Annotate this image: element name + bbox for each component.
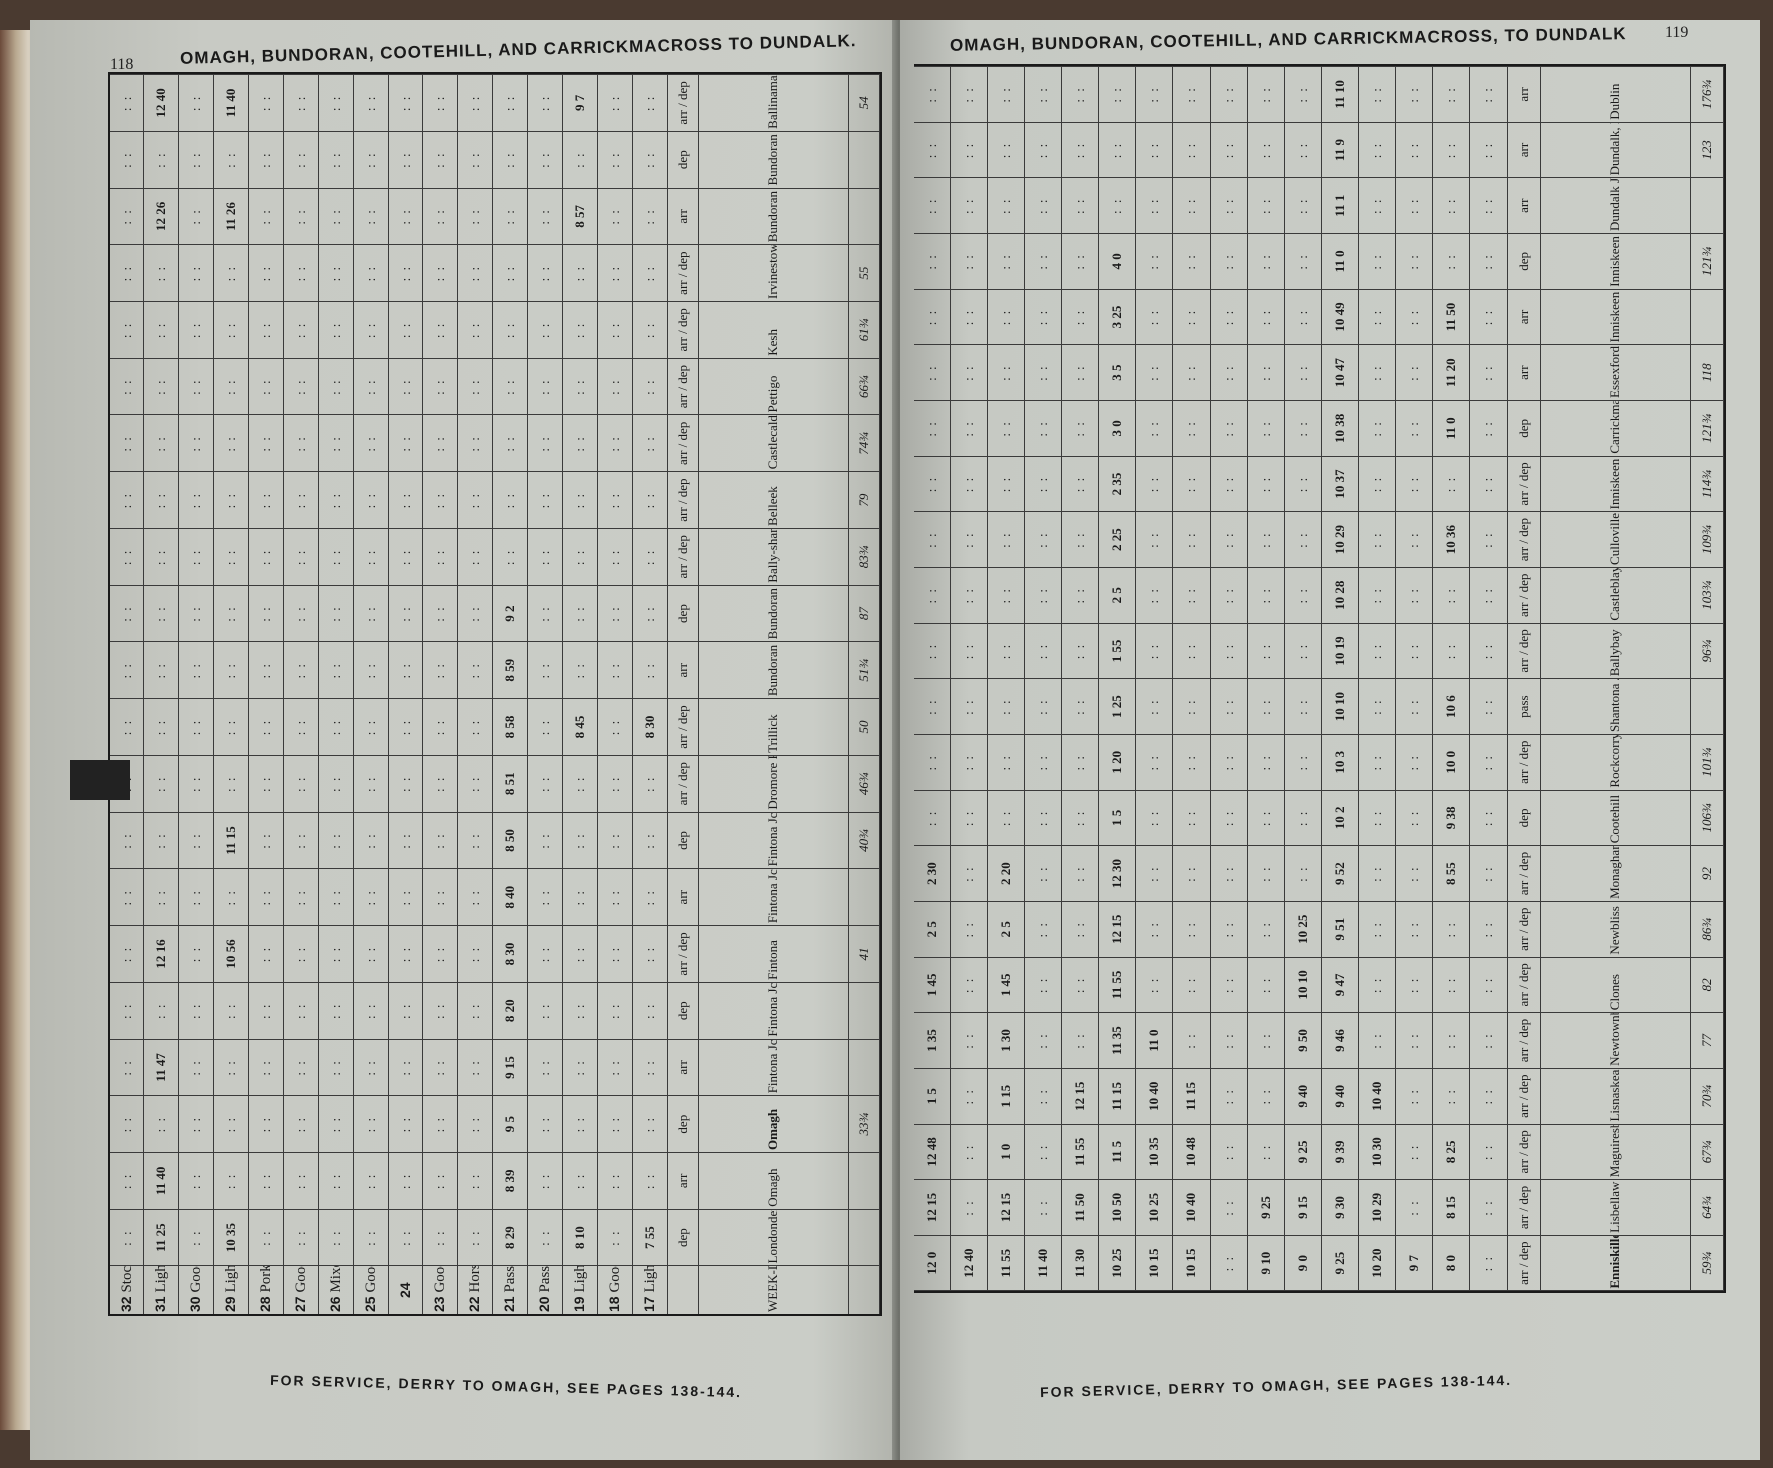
time-cell: : : — [950, 623, 987, 679]
time-cell: : : — [528, 982, 563, 1039]
time-cell: : : — [1247, 178, 1284, 234]
time-cell: : : — [179, 1153, 214, 1210]
time-cell: : : — [249, 528, 284, 585]
time-cell: : : — [249, 1039, 284, 1096]
time-cell: : : — [283, 926, 318, 983]
time-cell: : : — [1024, 1180, 1061, 1236]
time-cell: : : — [214, 699, 249, 756]
time-cell: : : — [1210, 456, 1247, 512]
train-row: 32 Stock: :: :: :: :: :: :: :: :: :: :: … — [110, 75, 144, 1315]
train-header: 21 Passr. — [493, 1266, 528, 1314]
time-cell: : : — [458, 358, 493, 415]
time-cell: : : — [144, 302, 179, 359]
time-cell: : : — [1062, 734, 1099, 790]
time-cell: : : — [1470, 122, 1507, 178]
time-cell: 10 25 — [1284, 901, 1321, 957]
time-cell: : : — [283, 472, 318, 529]
time-cell: : : — [1173, 790, 1210, 846]
time-cell: : : — [950, 1180, 987, 1236]
time-cell: : : — [1433, 456, 1470, 512]
station-row: EnniskillenLisbellawMaguiresbridgeLisnas… — [1540, 67, 1690, 1292]
time-cell: : : — [423, 812, 458, 869]
station-name: Fintona Jct. — [698, 812, 848, 869]
time-cell: : : — [249, 415, 284, 472]
time-cell: : : — [493, 75, 528, 132]
time-cell: : : — [388, 131, 423, 188]
distance-row: 33¾4140¾46¾5051¾8783¾7974¾66¾61¾5554 — [848, 75, 879, 1315]
station-name: Ballybay — [1540, 623, 1690, 679]
time-cell: : : — [458, 755, 493, 812]
time-cell: : : — [388, 1096, 423, 1153]
station-name: Bundoran — [698, 585, 848, 642]
distance-row-cell: 54 — [848, 75, 879, 132]
time-cell: : : — [458, 642, 493, 699]
time-cell: : : — [1359, 456, 1396, 512]
time-cell: : : — [318, 1096, 353, 1153]
time-cell: : : — [214, 528, 249, 585]
arr-dep-row-cell: dep — [667, 131, 698, 188]
time-cell: : : — [632, 926, 667, 983]
time-cell: 10 29 — [1321, 512, 1358, 568]
arr-dep-row-cell: arr / dep — [667, 528, 698, 585]
time-cell: : : — [528, 812, 563, 869]
time-cell: : : — [1396, 512, 1433, 568]
time-cell: : : — [632, 982, 667, 1039]
time-cell: : : — [1284, 289, 1321, 345]
arr-dep-row-cell: arr / dep — [1507, 1124, 1540, 1180]
time-cell: : : — [144, 1096, 179, 1153]
time-cell: : : — [528, 642, 563, 699]
time-cell: : : — [562, 812, 597, 869]
distance-row-cell: 109¾ — [1690, 512, 1723, 568]
time-cell: : : — [388, 699, 423, 756]
station-name: Londonderry — [698, 1209, 848, 1266]
station-name: Dublin — [1540, 67, 1690, 123]
distance-row-cell — [1690, 679, 1723, 735]
station-name: Castleblayney — [1540, 567, 1690, 623]
train-type: Light Engn. — [642, 1266, 658, 1293]
time-cell: : : — [214, 755, 249, 812]
train-type: Pork. — [258, 1266, 274, 1293]
time-cell: : : — [1024, 401, 1061, 457]
time-cell: : : — [179, 1096, 214, 1153]
time-cell: 8 57 — [562, 188, 597, 245]
time-cell: : : — [493, 358, 528, 415]
time-cell: : : — [1396, 234, 1433, 290]
time-cell: : : — [458, 1096, 493, 1153]
time-cell: : : — [388, 528, 423, 585]
time-cell: : : — [562, 131, 597, 188]
time-cell: 2 25 — [1099, 512, 1136, 568]
time-cell: : : — [632, 812, 667, 869]
station-name: Culloville — [1540, 512, 1690, 568]
time-cell: 9 5 — [493, 1096, 528, 1153]
time-cell: : : — [1433, 901, 1470, 957]
time-cell: : : — [1024, 790, 1061, 846]
time-cell: : : — [458, 1039, 493, 1096]
train-number: 21 — [501, 1293, 517, 1312]
time-cell: 2 20 — [987, 846, 1024, 902]
arr-dep-row-cell: arr / dep — [1507, 846, 1540, 902]
time-cell: : : — [388, 755, 423, 812]
time-cell: : : — [1136, 623, 1173, 679]
time-cell: : : — [144, 869, 179, 926]
time-cell: : : — [632, 1153, 667, 1210]
time-cell: : : — [1247, 512, 1284, 568]
time-cell: : : — [1210, 679, 1247, 735]
time-cell: : : — [1136, 734, 1173, 790]
train-number: 31 — [152, 1293, 168, 1312]
time-cell: : : — [1136, 178, 1173, 234]
time-cell: : : — [950, 178, 987, 234]
time-cell: 10 28 — [1321, 567, 1358, 623]
time-cell: : : — [1470, 1013, 1507, 1069]
arr-dep-row-cell: arr / dep — [1507, 456, 1540, 512]
time-cell: : : — [632, 415, 667, 472]
arr-dep-row-cell: dep — [667, 585, 698, 642]
time-cell: : : — [1173, 289, 1210, 345]
station-name: Fintona Jct. — [698, 869, 848, 926]
time-cell: : : — [458, 812, 493, 869]
time-cell: : : — [423, 755, 458, 812]
arr-dep-row-cell: arr — [1507, 178, 1540, 234]
arr-dep-row-cell: arr — [667, 869, 698, 926]
time-cell: : : — [1359, 901, 1396, 957]
station-name: Dromore Road — [698, 755, 848, 812]
time-cell: : : — [987, 122, 1024, 178]
time-cell: : : — [318, 302, 353, 359]
time-cell: : : — [353, 302, 388, 359]
time-cell: : : — [353, 1153, 388, 1210]
train-number: 17 — [641, 1293, 657, 1312]
distance-row-cell: 121¾ — [1690, 401, 1723, 457]
time-cell: 12 40 — [950, 1235, 987, 1291]
time-cell: 8 51 — [493, 755, 528, 812]
time-cell: 10 29 — [1359, 1180, 1396, 1236]
time-cell: : : — [1024, 567, 1061, 623]
time-cell: : : — [179, 358, 214, 415]
time-cell: 8 30 — [632, 699, 667, 756]
time-cell: : : — [1210, 901, 1247, 957]
distance-row-cell: 66¾ — [848, 358, 879, 415]
time-cell: 9 30 — [1321, 1180, 1358, 1236]
time-cell: : : — [283, 358, 318, 415]
time-cell: : : — [283, 528, 318, 585]
time-cell: : : — [1173, 901, 1210, 957]
time-cell: 8 15 — [1433, 1180, 1470, 1236]
time-cell: : : — [1396, 1068, 1433, 1124]
distance-row-cell: 50 — [848, 699, 879, 756]
time-cell: : : — [1247, 1068, 1284, 1124]
time-cell: 11 15 — [1173, 1068, 1210, 1124]
time-cell: : : — [528, 699, 563, 756]
time-cell: : : — [914, 567, 950, 623]
time-cell: : : — [914, 790, 950, 846]
time-cell: : : — [597, 188, 632, 245]
station-name: Bundoran Jc — [698, 642, 848, 699]
time-cell: : : — [318, 982, 353, 1039]
time-cell: : : — [388, 302, 423, 359]
time-cell: 10 15 — [1136, 1235, 1173, 1291]
time-cell: : : — [110, 1039, 144, 1096]
time-cell: : : — [1470, 512, 1507, 568]
time-cell: : : — [423, 642, 458, 699]
train-row: 23 Goods9 109 25: :: :: :: :: :: :: :: :… — [1247, 67, 1284, 1292]
time-cell: : : — [458, 699, 493, 756]
time-cell: 10 3 — [1321, 734, 1358, 790]
time-cell: 2 5 — [987, 901, 1024, 957]
time-cell: : : — [1359, 846, 1396, 902]
arr-dep-row: deparrdeparrdeparr / deparrdeparr / depa… — [667, 75, 698, 1315]
time-cell: : : — [597, 812, 632, 869]
train-header: 20 Passr. — [528, 1266, 563, 1314]
time-cell: : : — [1470, 67, 1507, 123]
time-cell: 9 15 — [1284, 1180, 1321, 1236]
distance-row-cell: 121¾ — [1690, 234, 1723, 290]
time-cell: : : — [1247, 567, 1284, 623]
time-cell: : : — [493, 131, 528, 188]
time-cell: : : — [144, 642, 179, 699]
train-type: Goods — [607, 1266, 623, 1293]
time-cell: : : — [318, 415, 353, 472]
time-cell: : : — [353, 358, 388, 415]
time-cell: : : — [144, 131, 179, 188]
time-cell: : : — [1470, 679, 1507, 735]
distance-row-cell: 82 — [1690, 957, 1723, 1013]
time-cell: : : — [1470, 957, 1507, 1013]
arr-dep-row-cell: arr — [1507, 67, 1540, 123]
arr-dep-row-cell: arr — [1507, 122, 1540, 178]
time-cell: : : — [283, 812, 318, 869]
arr-dep-row-cell: arr / dep — [667, 245, 698, 302]
time-cell: 11 50 — [1433, 289, 1470, 345]
time-cell: : : — [1173, 234, 1210, 290]
time-cell: 11 55 — [987, 1235, 1024, 1291]
time-cell: : : — [1024, 1124, 1061, 1180]
running-head: OMAGH, BUNDORAN, COOTEHILL, AND CARRICKM… — [180, 31, 857, 69]
time-cell: : : — [110, 642, 144, 699]
time-cell: : : — [987, 289, 1024, 345]
train-row: 28 Pork.: :: :: :: :: :: :: :: :: :: :: … — [249, 75, 284, 1315]
time-cell: : : — [1284, 512, 1321, 568]
time-cell: : : — [1359, 957, 1396, 1013]
time-cell: : : — [249, 1153, 284, 1210]
time-cell: : : — [423, 302, 458, 359]
arr-dep-row-cell: arr / dep — [1507, 734, 1540, 790]
time-cell: : : — [110, 358, 144, 415]
time-cell: : : — [283, 245, 318, 302]
time-cell: 10 10 — [1321, 679, 1358, 735]
time-cell: : : — [1247, 401, 1284, 457]
time-cell: : : — [110, 131, 144, 188]
train-type: Goods — [188, 1266, 204, 1293]
station-name: Fintona Jct. — [698, 1039, 848, 1096]
time-cell: : : — [1062, 289, 1099, 345]
distance-row-cell: 106¾ — [1690, 790, 1723, 846]
time-cell: : : — [597, 75, 632, 132]
time-cell: : : — [1247, 234, 1284, 290]
time-cell: : : — [1062, 345, 1099, 401]
time-cell: : : — [632, 869, 667, 926]
time-cell: : : — [1396, 67, 1433, 123]
distance-row-cell: 114¾ — [1690, 456, 1723, 512]
time-cell: : : — [950, 846, 987, 902]
time-cell: : : — [214, 245, 249, 302]
time-cell: : : — [423, 1209, 458, 1266]
distance-row-cell: 77 — [1690, 1013, 1723, 1069]
time-cell: 12 26 — [144, 188, 179, 245]
time-cell: : : — [597, 472, 632, 529]
time-cell: : : — [214, 1096, 249, 1153]
time-cell: : : — [1173, 846, 1210, 902]
train-row: 30 Goods11 5512 151 01 151 301 452 52 20… — [987, 67, 1024, 1292]
time-cell: : : — [1062, 67, 1099, 123]
distance-row-cell — [1690, 289, 1723, 345]
time-cell: : : — [388, 926, 423, 983]
time-cell: : : — [1247, 623, 1284, 679]
time-cell: : : — [1433, 1068, 1470, 1124]
time-cell: : : — [353, 1039, 388, 1096]
time-cell: : : — [318, 528, 353, 585]
time-cell: : : — [987, 679, 1024, 735]
train-row: 19 Light Engn.8 10: :: :: :: :: :: :: ::… — [562, 75, 597, 1315]
time-cell: 11 0 — [1321, 234, 1358, 290]
train-row: 17 Light Engn.7 55: :: :: :: :: :: :: ::… — [632, 75, 667, 1315]
time-cell: : : — [458, 245, 493, 302]
time-cell: 11 0 — [1433, 401, 1470, 457]
time-cell: : : — [1470, 178, 1507, 234]
time-cell: 1 5 — [914, 1068, 950, 1124]
time-cell: : : — [353, 642, 388, 699]
time-cell: : : — [1247, 846, 1284, 902]
time-cell: : : — [1396, 1180, 1433, 1236]
station-name: Shantona Jct. — [1540, 679, 1690, 735]
time-cell: : : — [597, 528, 632, 585]
time-cell: 11 30 — [1062, 1235, 1099, 1291]
time-cell: : : — [950, 122, 987, 178]
time-cell: 3 25 — [1099, 289, 1136, 345]
arr-dep-row-cell: dep — [1507, 401, 1540, 457]
train-header: 18 Goods — [597, 1266, 632, 1314]
time-cell: : : — [423, 75, 458, 132]
time-cell: 10 25 — [1136, 1180, 1173, 1236]
time-cell: : : — [110, 472, 144, 529]
time-cell: 11 40 — [214, 75, 249, 132]
station-name: Monaghan Road — [1540, 846, 1690, 902]
time-cell: : : — [1359, 623, 1396, 679]
time-cell: : : — [1470, 456, 1507, 512]
time-cell: : : — [458, 131, 493, 188]
time-cell: : : — [353, 755, 388, 812]
train-type: Horses. — [467, 1266, 483, 1293]
time-cell: : : — [179, 302, 214, 359]
time-cell: : : — [914, 623, 950, 679]
train-type: Passr. — [502, 1266, 518, 1293]
time-cell: 10 20 — [1359, 1235, 1396, 1291]
time-cell: : : — [1433, 67, 1470, 123]
distance-row-cell: 61¾ — [848, 302, 879, 359]
time-cell: : : — [353, 528, 388, 585]
time-cell: : : — [597, 1096, 632, 1153]
time-cell: : : — [632, 472, 667, 529]
time-cell: : : — [1173, 679, 1210, 735]
station-name: Pettigo — [698, 358, 848, 415]
time-cell: : : — [1024, 1013, 1061, 1069]
time-cell: : : — [562, 245, 597, 302]
arr-dep-row-cell: arr — [667, 1039, 698, 1096]
time-cell: : : — [914, 679, 950, 735]
time-cell: : : — [528, 585, 563, 642]
time-cell: : : — [528, 472, 563, 529]
arr-dep-row-cell: arr / dep — [667, 472, 698, 529]
time-cell: : : — [1173, 456, 1210, 512]
time-cell: : : — [388, 358, 423, 415]
time-cell: 10 49 — [1321, 289, 1358, 345]
time-cell: : : — [914, 345, 950, 401]
time-cell: : : — [1136, 401, 1173, 457]
time-cell: : : — [179, 699, 214, 756]
time-cell: : : — [1284, 67, 1321, 123]
time-cell: : : — [214, 358, 249, 415]
distance-row-cell — [848, 131, 879, 188]
time-cell: : : — [388, 585, 423, 642]
time-cell: 9 25 — [1321, 1235, 1358, 1291]
station-name: Maguiresbridge — [1540, 1124, 1690, 1180]
time-cell: : : — [562, 472, 597, 529]
time-cell: : : — [283, 1153, 318, 1210]
time-cell: : : — [1062, 122, 1099, 178]
time-cell: 3 5 — [1099, 345, 1136, 401]
time-cell: 11 26 — [214, 188, 249, 245]
right-page: OMAGH, BUNDORAN, COOTEHILL, AND CARRICKM… — [900, 20, 1760, 1460]
time-cell: : : — [950, 957, 987, 1013]
time-cell: : : — [1173, 567, 1210, 623]
time-cell: : : — [914, 67, 950, 123]
distance-row-cell: 118 — [1690, 345, 1723, 401]
time-cell: : : — [597, 585, 632, 642]
running-head: OMAGH, BUNDORAN, COOTEHILL, AND CARRICKM… — [950, 24, 1627, 56]
time-cell: : : — [632, 245, 667, 302]
time-cell: : : — [987, 790, 1024, 846]
time-cell: 11 15 — [214, 812, 249, 869]
time-cell: : : — [1396, 623, 1433, 679]
time-cell: : : — [179, 472, 214, 529]
time-cell: : : — [1210, 1124, 1247, 1180]
train-header: 17 Light Engn. — [632, 1266, 667, 1314]
time-cell: : : — [458, 472, 493, 529]
train-row: 28 Pork.11 3011 5011 5512 15: :: :: :: :… — [1062, 67, 1099, 1292]
train-number: 24 — [397, 1282, 413, 1298]
time-cell: : : — [388, 472, 423, 529]
time-cell: : : — [632, 585, 667, 642]
time-cell: : : — [249, 188, 284, 245]
time-cell: : : — [987, 512, 1024, 568]
time-cell: : : — [597, 926, 632, 983]
distance-row-cell — [848, 1039, 879, 1096]
train-header: 19 Light Engn. — [562, 1266, 597, 1314]
time-cell: : : — [423, 982, 458, 1039]
time-cell: : : — [283, 75, 318, 132]
time-cell: 11 40 — [1024, 1235, 1061, 1291]
time-cell: : : — [353, 1096, 388, 1153]
station-name: Enniskillen — [1540, 1235, 1690, 1291]
time-cell: : : — [458, 302, 493, 359]
train-row: 20 Passr.: :: :: :: :: :: :: :: :: :: ::… — [528, 75, 563, 1315]
time-cell: : : — [1062, 456, 1099, 512]
time-cell: : : — [179, 642, 214, 699]
time-cell: 10 36 — [1433, 512, 1470, 568]
arr-dep-row-cell: arr / dep — [1507, 512, 1540, 568]
